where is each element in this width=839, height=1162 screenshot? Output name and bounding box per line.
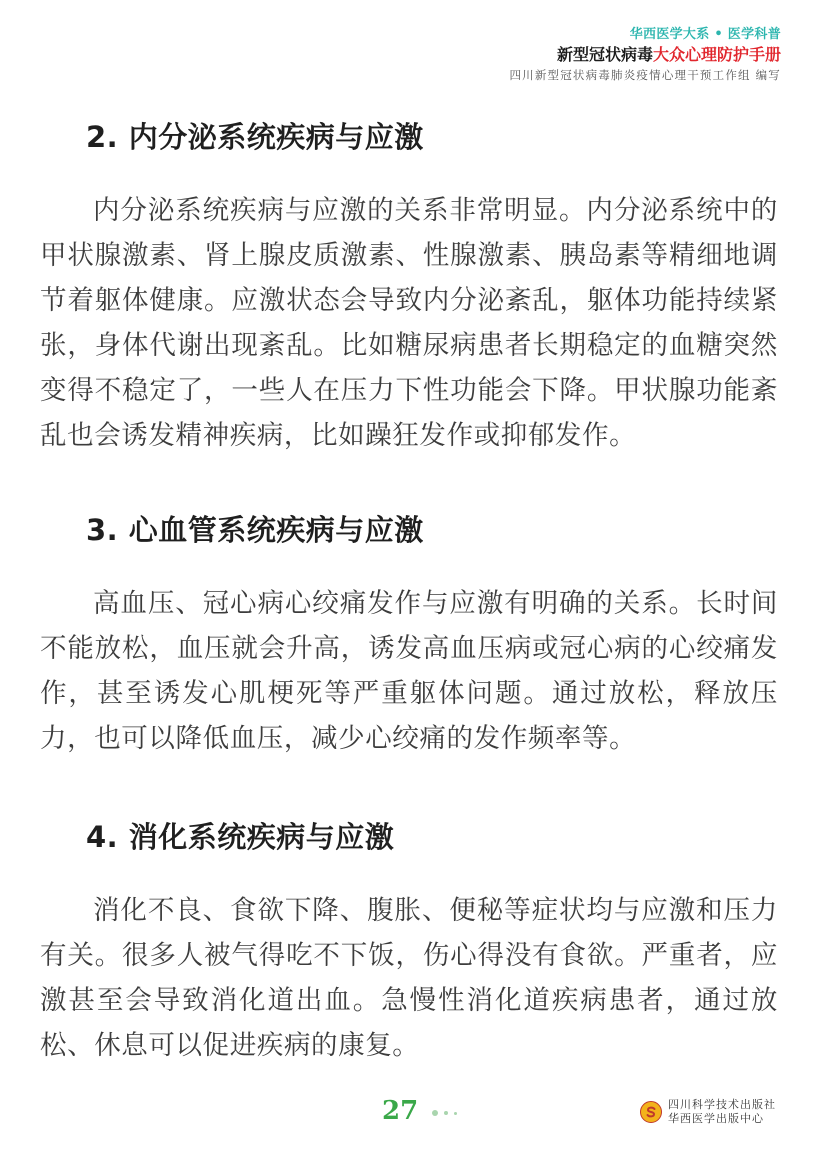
section-digestive: 4. 消化系统疾病与应激 消化不良、食欲下降、腹胀、便秘等症状均与应激和压力有关… [40,810,778,1068]
book-title: 新型冠状病毒大众心理防护手册 [509,44,781,66]
series-name: 华西医学大系 • 医学科普 [509,26,781,44]
section-heading: 4. 消化系统疾病与应激 [86,810,778,864]
publisher-name: 四川科学技术出版社 [668,1098,776,1112]
running-header: 华西医学大系 • 医学科普 新型冠状病毒大众心理防护手册 四川新型冠状病毒肺炎疫… [509,26,781,84]
dot-icon [454,1112,457,1115]
section-paragraph: 内分泌系统疾病与应激的关系非常明显。内分泌系统中的甲状腺激素、肾上腺皮质激素、性… [40,188,778,458]
book-title-black: 新型冠状病毒 [557,45,653,64]
decorative-dots [432,1110,457,1116]
dot-icon [444,1111,448,1115]
editor-credit: 四川新型冠状病毒肺炎疫情心理干预工作组 编写 [509,66,781,84]
section-endocrine: 2. 内分泌系统疾病与应激 内分泌系统疾病与应激的关系非常明显。内分泌系统中的甲… [40,110,778,458]
page-number: 27 [382,1096,418,1126]
publisher-center: 华西医学出版中心 [668,1112,776,1126]
publisher-block: 四川科学技术出版社 华西医学出版中心 [640,1098,776,1126]
section-paragraph: 高血压、冠心病心绞痛发作与应激有明确的关系。长时间不能放松，血压就会升高，诱发高… [40,581,778,761]
book-title-red: 大众心理防护手册 [653,45,781,64]
page-content: 2. 内分泌系统疾病与应激 内分泌系统疾病与应激的关系非常明显。内分泌系统中的甲… [40,110,778,458]
dot-icon [432,1110,438,1116]
publisher-logo-icon [640,1101,662,1123]
section-cardiovascular: 3. 心血管系统疾病与应激 高血压、冠心病心绞痛发作与应激有明确的关系。长时间不… [40,503,778,761]
section-heading: 2. 内分泌系统疾病与应激 [86,110,778,164]
section-paragraph: 消化不良、食欲下降、腹胀、便秘等症状均与应激和压力有关。很多人被气得吃不下饭，伤… [40,888,778,1068]
section-heading: 3. 心血管系统疾病与应激 [86,503,778,557]
